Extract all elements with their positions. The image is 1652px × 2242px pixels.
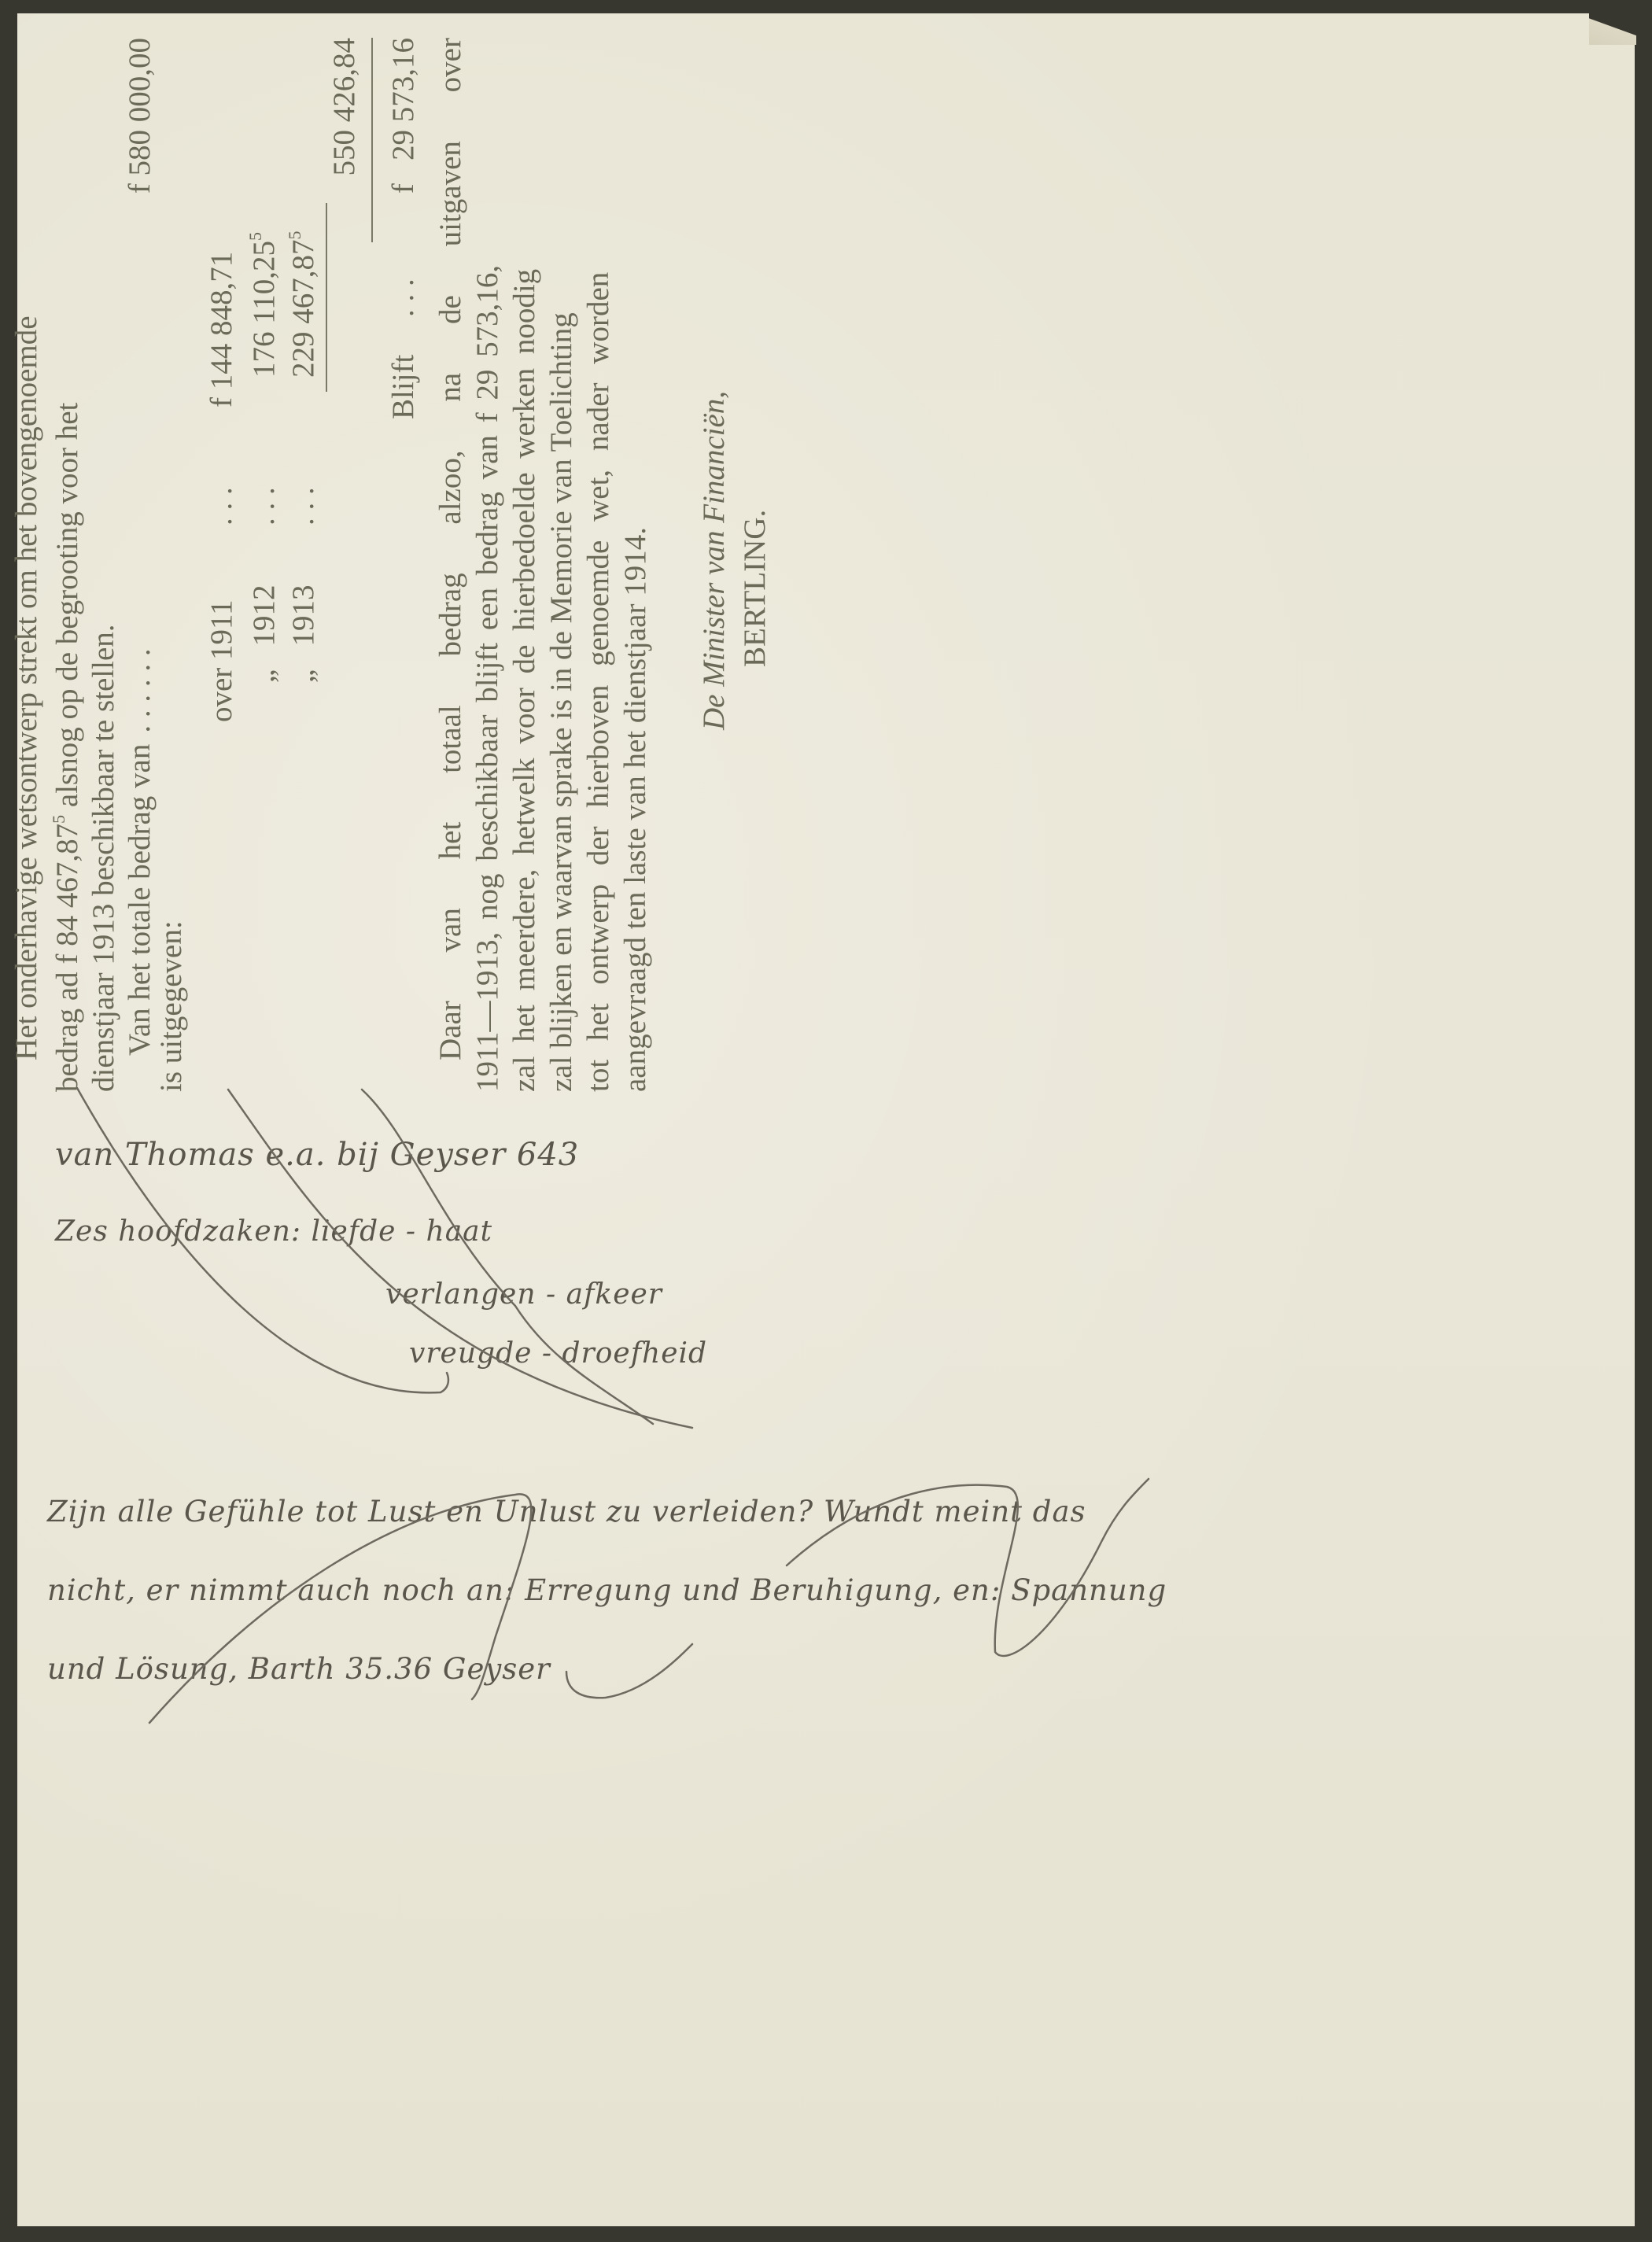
paragraph-line-1: Daarvanhettotaalbedragalzoo,nadeuitgaven… (432, 38, 470, 1060)
word: totaal (432, 705, 470, 773)
row-1913-label: „ 1913 (285, 584, 323, 683)
paragraph-line-6: aangevraagd ten laste van het dienstjaar… (617, 527, 655, 1092)
paragraph-line-5: tot het ontwerp der hierboven genoemde w… (580, 272, 618, 1092)
row-1913-amount: 229 467,875 (285, 231, 323, 378)
row-dots: . . . (285, 487, 323, 525)
superscript: 5 (285, 231, 304, 240)
amount-text: 176 110,25 (247, 241, 281, 378)
row-1912-amount: 176 110,255 (245, 232, 283, 378)
printed-line-3: dienstjaar 1913 beschikbaar te stellen. (85, 624, 123, 1092)
remaining-label: Blijft (385, 355, 422, 419)
total-amount: f 580 000,00 (121, 38, 159, 194)
printed-line-2: bedrag ad f 84 467,875 alsnog op de begr… (49, 403, 87, 1092)
signature-title: De Minister van Financiën, (695, 391, 733, 730)
word: van (432, 908, 470, 952)
printed-text: bedrag ad f 84 467,87 (50, 824, 84, 1092)
printed-text-block: Het onderhavige wetsontwerp strekt om he… (11, 34, 798, 1092)
superscript: 5 (245, 232, 265, 241)
row-1911-label: over 1911 (203, 599, 241, 722)
row-prefix: „ (247, 669, 281, 683)
row-1912-label: „ 1912 (245, 584, 283, 683)
word: uitgaven (432, 141, 470, 246)
row-1911-amount: f 144 848,71 (203, 252, 241, 407)
subtotal-amount: 550 426,84 (326, 38, 363, 176)
word: bedrag (432, 573, 470, 656)
row-prefix: over (205, 668, 238, 722)
word: alzoo, (432, 450, 470, 524)
signature-name: BERTLING. (736, 510, 774, 667)
word: over (432, 38, 470, 92)
handwritten-line-7: und Lösung, Barth 35.36 Geyser (47, 1652, 551, 1686)
row-prefix: „ (286, 669, 320, 683)
paragraph-line-3: zal het meerdere, hetwelk voor de hierbe… (506, 269, 544, 1092)
printed-text: alsnog op de begrooting voor het (50, 403, 84, 815)
paragraph-line-2: 1911—1913, nog beschikbaar blijft een be… (469, 265, 507, 1092)
leader-dots: . . . (385, 278, 422, 317)
paragraph-line-4: zal blijken en waarvan sprake is in de M… (543, 312, 581, 1092)
word: na (432, 373, 470, 402)
word: de (432, 295, 470, 324)
row-dots: . . . (245, 487, 283, 525)
handwritten-line-4: vreugde - droefheid (409, 1337, 707, 1370)
amount-text: 229 467,87 (286, 240, 320, 378)
word: het (432, 822, 470, 860)
handwritten-line-3: verlangen - afkeer (385, 1278, 662, 1311)
printed-line-5: is uitgegeven: (153, 920, 190, 1092)
handwritten-line-2: Zes hoofdzaken: liefde - haat (55, 1215, 492, 1248)
handwritten-line-1: van Thomas e.a. bij Geyser 643 (55, 1137, 579, 1173)
handwritten-line-5: Zijn alle Gefühle tot Lust en Unlust zu … (47, 1495, 1086, 1528)
superscript: 5 (49, 815, 68, 824)
printed-text: Van het totale bedrag van (123, 744, 157, 1056)
sum-rule (326, 203, 327, 392)
leader-dots: . . . . . . (123, 648, 157, 732)
word: Daar (432, 1001, 470, 1060)
row-dots: . . . (203, 487, 241, 525)
remaining-amount: f 29 573,16 (385, 38, 422, 194)
subtotal-rule (371, 38, 373, 242)
row-year: 1912 (247, 584, 281, 646)
folded-corner (1589, 13, 1636, 45)
handwritten-line-6: nicht, er nimmt auch noch an: Erregung u… (47, 1573, 1167, 1607)
row-year: 1913 (286, 584, 320, 646)
printed-line-1: Het onderhavige wetsontwerp strekt om he… (8, 315, 46, 1060)
row-year: 1911 (205, 599, 238, 660)
